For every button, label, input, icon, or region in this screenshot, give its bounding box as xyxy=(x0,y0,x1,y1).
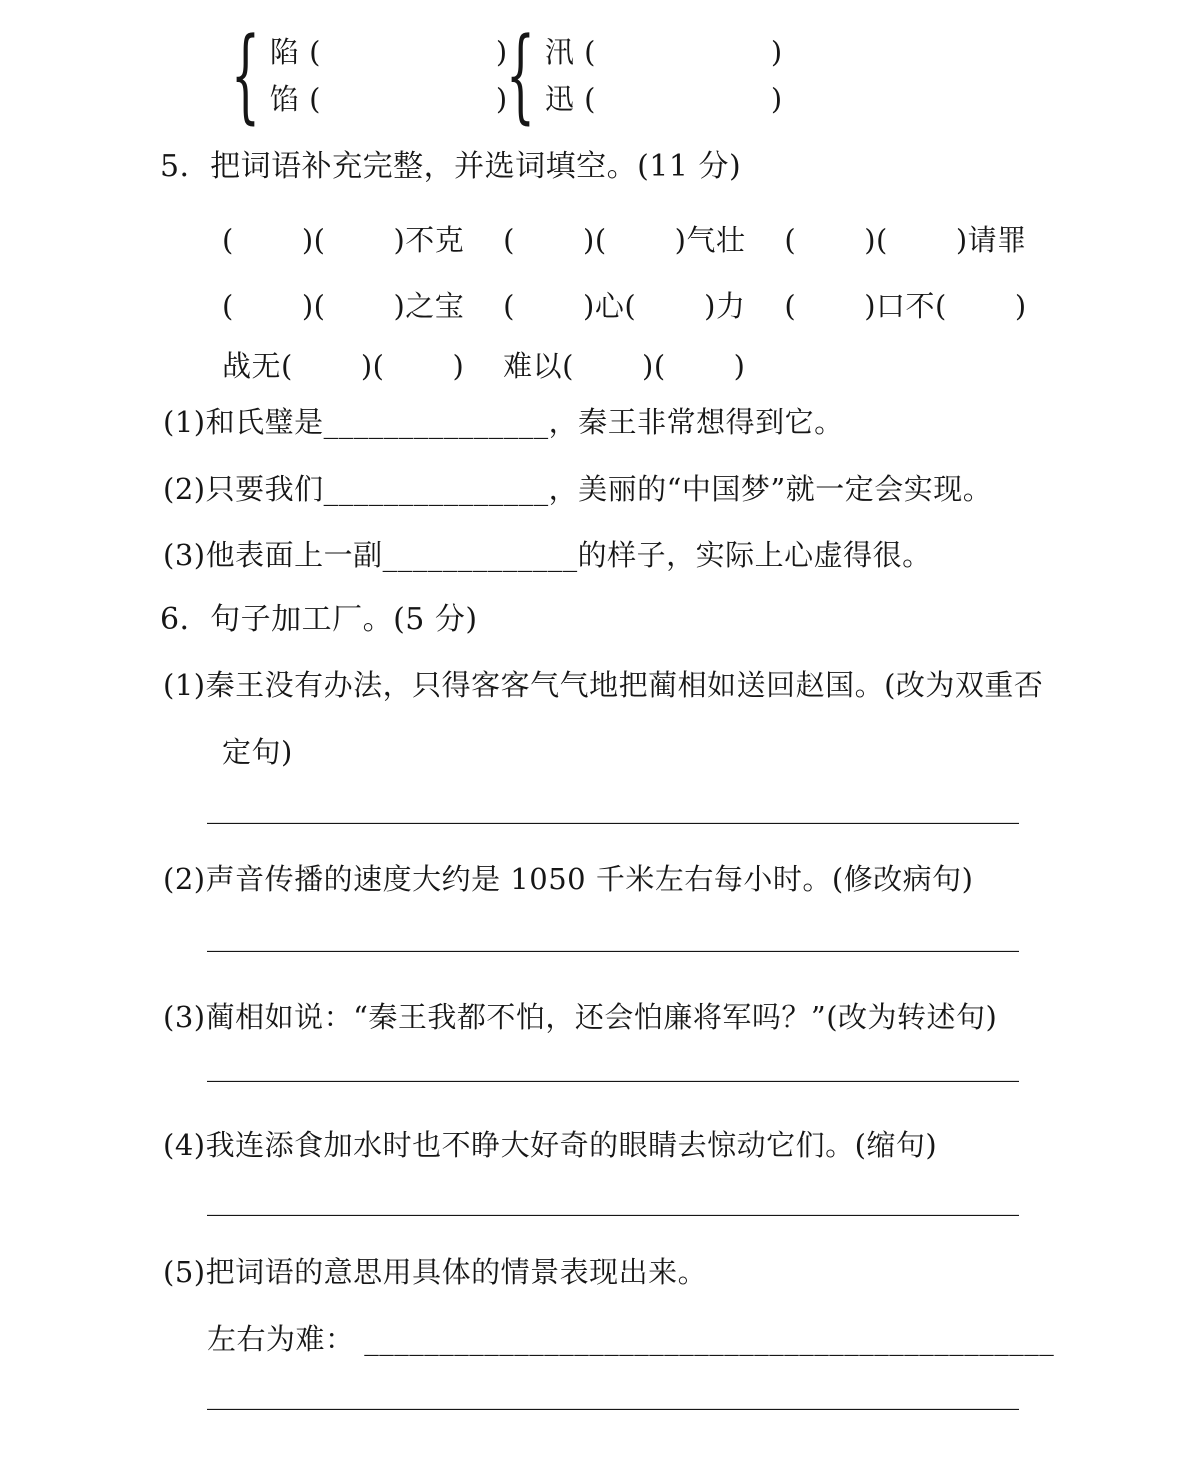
question-6-heading: 6．句子加工厂。(5 分) xyxy=(160,599,478,640)
q6-item-3: (3)蔺相如说：“秦王我都不怕，还会怕廉将军吗？”(改为转述句) xyxy=(163,997,997,1038)
q6-item-1-line-1: (1)秦王没有办法，只得客客气气地把蔺相如送回赵国。(改为双重否 xyxy=(163,665,1043,706)
char-pair-row: 陷 ( ) xyxy=(270,29,508,76)
char-pair-group-xian: { 陷 ( ) 馅 ( ) xyxy=(213,28,508,124)
char-pair-row: 迅 ( ) xyxy=(545,76,783,123)
q5-word-line: ( )( )不克 ( )( )气壮 ( )( )请罪 xyxy=(222,220,1027,261)
answer-line: ________________________________________… xyxy=(207,1179,1019,1220)
curly-brace: { xyxy=(231,28,260,124)
answer-line: ________________________________________… xyxy=(207,787,1019,828)
q6-item-4: (4)我连添食加水时也不睁大好奇的眼睛去惊动它们。(缩句) xyxy=(163,1125,937,1166)
q5-item-2: (2)只要我们_______________，美丽的“中国梦”就一定会实现。 xyxy=(163,469,992,510)
q5-item-1: (1)和氏璧是_______________，秦王非常想得到它。 xyxy=(163,402,844,443)
worksheet-page: { 陷 ( ) 馅 ( ) { 汛 ( ) 迅 ( ) 5．把词语补充完整，并选… xyxy=(0,0,1185,1469)
char-pair-row: 汛 ( ) xyxy=(545,29,783,76)
idiom-prompt-line: 左右为难： __________________________________… xyxy=(207,1319,1054,1360)
q6-item-2: (2)声音传播的速度大约是 1050 千米左右每小时。(修改病句) xyxy=(163,859,973,900)
q5-word-line: ( )( )之宝 ( )心( )力 ( )口不( ) xyxy=(222,286,1027,327)
question-5-heading: 5．把词语补充完整，并选词填空。(11 分) xyxy=(160,146,741,187)
curly-brace: { xyxy=(506,28,535,124)
char-pair-row: 馅 ( ) xyxy=(270,76,508,123)
answer-line: ________________________________________… xyxy=(207,1045,1019,1086)
q5-word-line: 战无( )( ) 难以( )( ) xyxy=(222,346,746,387)
q6-item-5: (5)把词语的意思用具体的情景表现出来。 xyxy=(163,1252,707,1293)
answer-line: ________________________________________… xyxy=(207,1373,1019,1414)
q5-item-3: (3)他表面上一副_____________的样子，实际上心虚得很。 xyxy=(163,535,932,576)
q6-item-1-line-2: 定句) xyxy=(222,732,293,773)
char-pair-group-xun: { 汛 ( ) 迅 ( ) xyxy=(488,28,783,124)
answer-line: ________________________________________… xyxy=(207,915,1019,956)
